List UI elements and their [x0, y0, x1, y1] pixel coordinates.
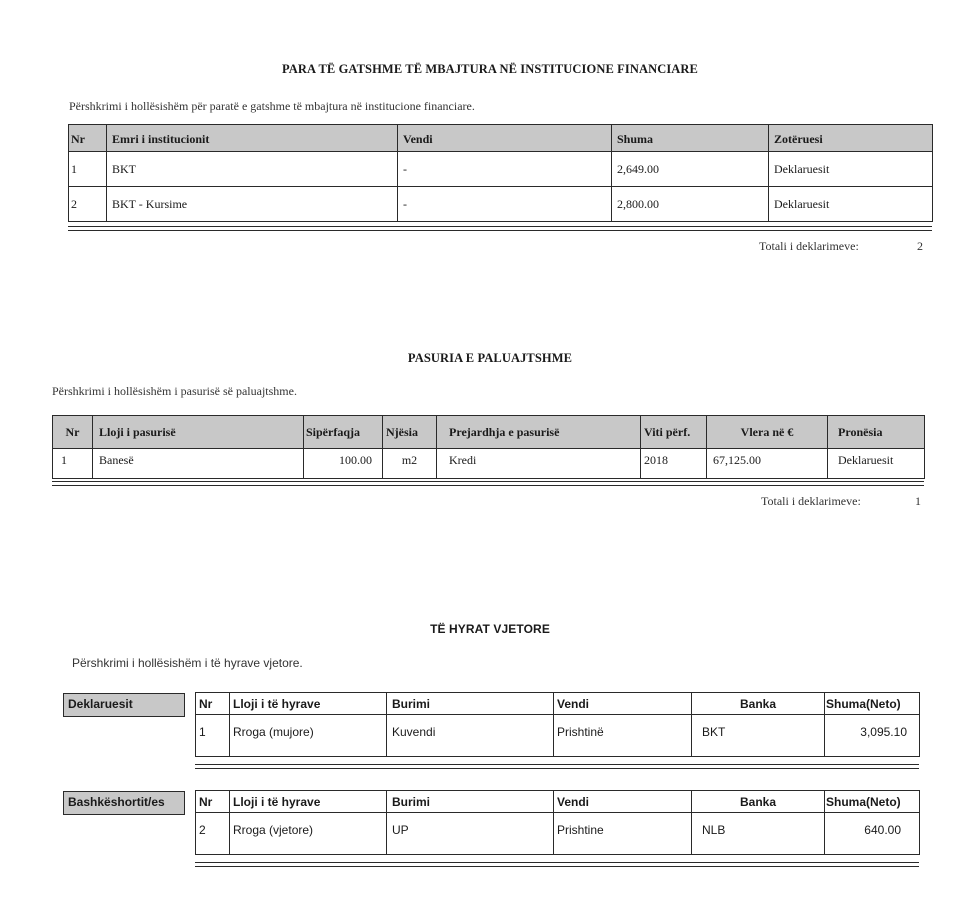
cell-amount: 640.00: [825, 813, 920, 855]
column-header-type: Lloji i të hyrave: [230, 791, 387, 813]
cell-source: UP: [387, 813, 554, 855]
table-header-row: Nr Lloji i të hyrave Burimi Vendi Banka …: [196, 791, 920, 813]
cell-owner: Deklaruesit: [769, 152, 933, 187]
cash-total-value: 2: [917, 239, 923, 254]
cell-origin: Kredi: [437, 449, 641, 479]
column-header-unit: Njësia: [383, 416, 437, 449]
income-group-label-declarant: Deklaruesit: [63, 693, 185, 717]
cash-section-title: PARA TË GATSHME TË MBAJTURA NË INSTITUCI…: [0, 62, 980, 77]
cell-ownership: Deklaruesit: [828, 449, 925, 479]
column-header-amount: Shuma(Neto): [825, 791, 920, 813]
cash-section-description: Përshkrimi i hollësishëm për paratë e ga…: [69, 99, 475, 114]
cell-value: 67,125.00: [707, 449, 828, 479]
income-section-title: TË HYRAT VJETORE: [0, 622, 980, 636]
cell-type: Banesë: [93, 449, 304, 479]
column-header-year: Viti përf.: [641, 416, 707, 449]
income-group-label-spouse: Bashkëshortit/es: [63, 791, 185, 815]
property-table: Nr Lloji i pasurisë Sipërfaqja Njësia Pr…: [52, 415, 925, 479]
cash-table: Nr Emri i institucionit Vendi Shuma Zotë…: [68, 124, 933, 222]
column-header-place: Vendi: [554, 693, 692, 715]
column-header-value: Vlera në €: [707, 416, 828, 449]
column-header-source: Burimi: [387, 693, 554, 715]
cell-owner: Deklaruesit: [769, 187, 933, 222]
cell-unit: m2: [383, 449, 437, 479]
cell-institution: BKT - Kursime: [107, 187, 398, 222]
cell-bank: BKT: [692, 715, 825, 757]
column-header-place: Vendi: [554, 791, 692, 813]
table-footer-rule: [195, 764, 919, 769]
cash-total-label: Totali i deklarimeve:: [759, 239, 859, 254]
column-header-nr: Nr: [69, 125, 107, 152]
column-header-ownership: Pronësia: [828, 416, 925, 449]
cell-nr: 1: [196, 715, 230, 757]
cell-type: Rroga (mujore): [230, 715, 387, 757]
cell-place: Prishtine: [554, 813, 692, 855]
cell-institution: BKT: [107, 152, 398, 187]
column-header-place: Vendi: [398, 125, 612, 152]
property-total-value: 1: [915, 494, 921, 509]
income-table-spouse: Nr Lloji i të hyrave Burimi Vendi Banka …: [195, 790, 920, 855]
cell-area: 100.00: [304, 449, 383, 479]
cell-place: Prishtinë: [554, 715, 692, 757]
cell-nr: 2: [69, 187, 107, 222]
column-header-nr: Nr: [196, 791, 230, 813]
cell-year: 2018: [641, 449, 707, 479]
cell-place: -: [398, 187, 612, 222]
table-row: 2 BKT - Kursime - 2,800.00 Deklaruesit: [69, 187, 933, 222]
property-section-title: PASURIA E PALUAJTSHME: [0, 351, 980, 366]
column-header-type: Lloji i të hyrave: [230, 693, 387, 715]
column-header-owner: Zotëruesi: [769, 125, 933, 152]
cell-nr: 2: [196, 813, 230, 855]
table-row: 1 Rroga (mujore) Kuvendi Prishtinë BKT 3…: [196, 715, 920, 757]
table-footer-rule: [195, 862, 919, 867]
column-header-amount: Shuma: [612, 125, 769, 152]
table-header-row: Nr Lloji i të hyrave Burimi Vendi Banka …: [196, 693, 920, 715]
column-header-source: Burimi: [387, 791, 554, 813]
column-header-type: Lloji i pasurisë: [93, 416, 304, 449]
cell-place: -: [398, 152, 612, 187]
cell-nr: 1: [53, 449, 93, 479]
table-row: 1 BKT - 2,649.00 Deklaruesit: [69, 152, 933, 187]
income-table-declarant: Nr Lloji i të hyrave Burimi Vendi Banka …: [195, 692, 920, 757]
table-footer-rule: [68, 226, 932, 231]
cell-amount: 3,095.10: [825, 715, 920, 757]
table-row: 1 Banesë 100.00 m2 Kredi 2018 67,125.00 …: [53, 449, 925, 479]
column-header-bank: Banka: [692, 693, 825, 715]
cell-amount: 2,800.00: [612, 187, 769, 222]
table-header-row: Nr Emri i institucionit Vendi Shuma Zotë…: [69, 125, 933, 152]
property-total-label: Totali i deklarimeve:: [761, 494, 861, 509]
property-section-description: Përshkrimi i hollësishëm i pasurisë së p…: [52, 384, 297, 399]
cell-bank: NLB: [692, 813, 825, 855]
column-header-origin: Prejardhja e pasurisë: [437, 416, 641, 449]
cell-amount: 2,649.00: [612, 152, 769, 187]
table-header-row: Nr Lloji i pasurisë Sipërfaqja Njësia Pr…: [53, 416, 925, 449]
table-footer-rule: [52, 481, 924, 486]
column-header-amount: Shuma(Neto): [825, 693, 920, 715]
column-header-nr: Nr: [53, 416, 93, 449]
column-header-institution: Emri i institucionit: [107, 125, 398, 152]
cell-nr: 1: [69, 152, 107, 187]
column-header-nr: Nr: [196, 693, 230, 715]
income-section-description: Përshkrimi i hollësishëm i të hyrave vje…: [72, 656, 303, 670]
column-header-area: Sipërfaqja: [304, 416, 383, 449]
column-header-bank: Banka: [692, 791, 825, 813]
cell-type: Rroga (vjetore): [230, 813, 387, 855]
table-row: 2 Rroga (vjetore) UP Prishtine NLB 640.0…: [196, 813, 920, 855]
cell-source: Kuvendi: [387, 715, 554, 757]
